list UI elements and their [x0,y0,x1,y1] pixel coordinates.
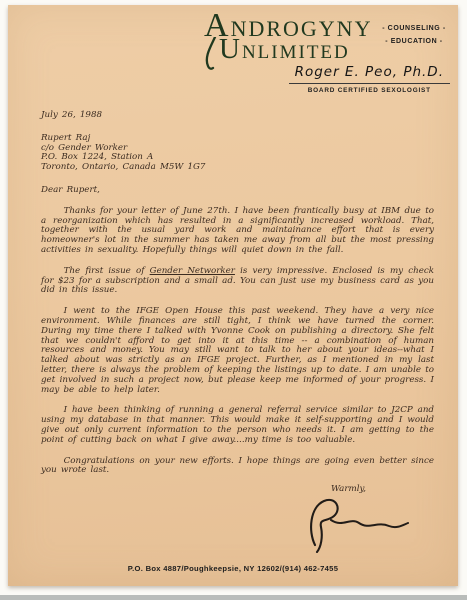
org-logo: ANDROGYNY UNLIMITED [204,11,372,63]
letterhead-name-block: Roger E. Peo, Ph.D. BOARD CERTIFIED SEXO… [289,61,450,94]
newsletter-title: Gender Networker [150,266,235,276]
footer-address: P.O. Box 4887/Poughkeepsie, NY 12602/(91… [8,564,458,573]
scanner-edge [0,595,467,600]
salutation: Dear Rupert, [41,186,434,196]
address-line: Toronto, Ontario, Canada M5W 1G7 [41,163,434,173]
letter-date: July 26, 1988 [41,111,434,121]
closing-valediction: Warmly, [331,485,434,495]
recipient-address: Rupert Raj c/o Gender Worker P.O. Box 12… [41,134,434,173]
paragraph-2: The first issue of Gender Networker is v… [41,267,434,296]
letter-paper: ANDROGYNY UNLIMITED - COUNSELING - - EDU… [8,5,458,586]
paragraph-1: Thanks for your letter of June 27th. I h… [41,207,434,256]
paragraph-2-pre: The first issue of [64,266,150,276]
logo-ligature-stroke [201,37,227,71]
service-counseling: - COUNSELING - [368,22,460,35]
service-education: - EDUCATION - [368,35,460,48]
paragraph-5: Congratulations on your new efforts. I h… [41,457,434,477]
handwritten-signature: Roger [293,497,434,557]
org-name-line2: UNLIMITED [219,39,372,63]
practitioner-name: Roger E. Peo, Ph.D. [289,64,450,84]
signature-roger-svg [293,497,411,553]
paragraph-4: I have been thinking of running a genera… [41,406,434,445]
letter-body: July 26, 1988 Rupert Raj c/o Gender Work… [41,111,434,557]
paragraph-3: I went to the IFGE Open House this past … [41,307,434,395]
practitioner-credential: BOARD CERTIFIED SEXOLOGIST [289,87,450,94]
services-list: - COUNSELING - - EDUCATION - [368,22,460,48]
